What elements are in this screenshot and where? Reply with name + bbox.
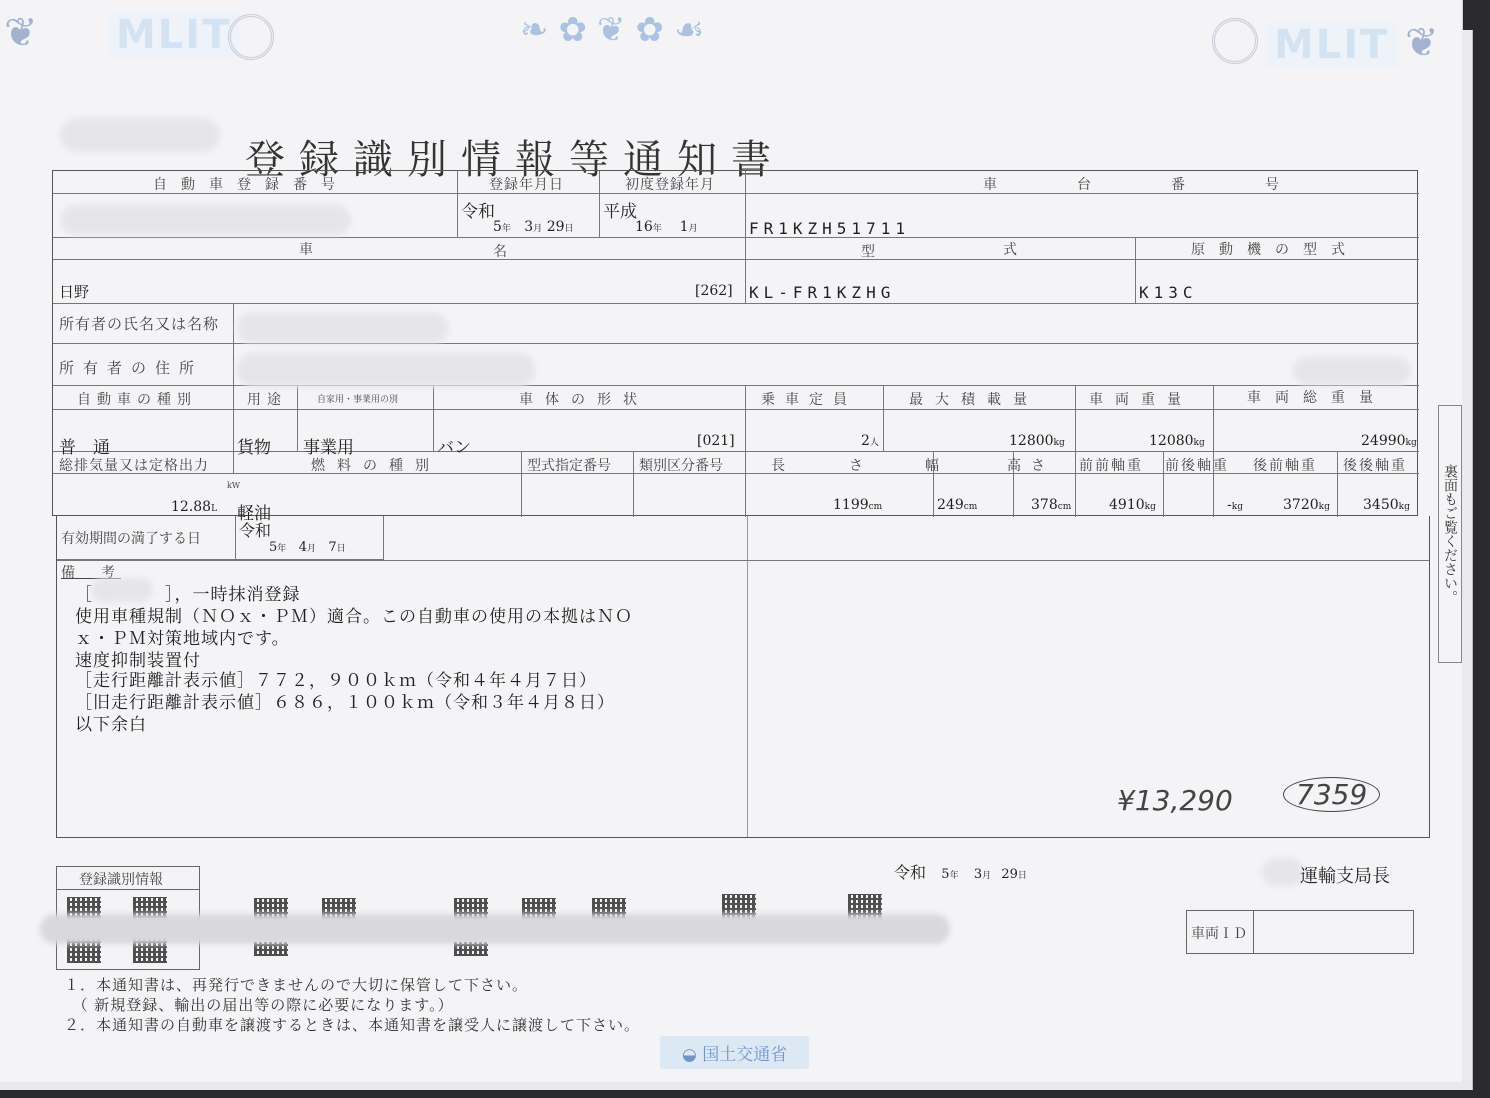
category-label: 自動車の種別 (77, 389, 197, 409)
see-reverse-note: 裏面もご覧ください。 (1438, 405, 1462, 663)
footnote-1: １．本通知書は、再発行できませんので大切に保管して下さい。 (64, 974, 528, 995)
gross-weight-label: 車両総重量 (1247, 387, 1387, 407)
issue-date: 令和 5年 3月 29日 (894, 860, 1027, 883)
width-value: 249cm (937, 497, 977, 513)
vehicle-id-label: 車両ＩＤ (1191, 923, 1247, 943)
paper-stack-edge (0, 1082, 1470, 1090)
axle-fr-value: -kg (1227, 497, 1243, 513)
max-load-value: 12800kg (1009, 433, 1065, 449)
reg-date-label: 登録年月日 (489, 174, 564, 194)
redacted-qr-strip (40, 914, 950, 944)
owner-name-label: 所有者の氏名又は名称 (59, 313, 219, 334)
reg-date-value: 5年 3月 29日 (493, 219, 574, 235)
body-shape-code: [021] (697, 433, 735, 449)
axle-rr-label: 後後軸重 (1343, 455, 1407, 475)
displacement-unit-kw: kW (227, 481, 240, 490)
redacted-owner-name (237, 313, 449, 343)
length-label: 長 (771, 455, 791, 475)
use-label: 用途 (247, 389, 287, 409)
first-reg-value: 16年 1月 (635, 219, 698, 235)
reg-date-era: 令和 (461, 197, 495, 222)
mlit-emblem-icon (1212, 18, 1258, 64)
chassis-label: 車台番号 (983, 174, 1359, 194)
mlit-drop-icon: ◒ (682, 1045, 702, 1065)
first-reg-era: 平成 (603, 197, 637, 222)
redacted-owner-address (237, 353, 535, 387)
handwritten-number: 7359 (1283, 778, 1380, 811)
gross-weight-value: 24990kg (1361, 433, 1417, 449)
redacted-area (60, 118, 220, 152)
width-label: 幅 (925, 455, 945, 475)
use-value: 貨物 (237, 433, 271, 458)
length-label-2: さ (849, 455, 869, 475)
axle-rf-label: 後前軸重 (1253, 455, 1317, 475)
axle-rf-value: 3720kg (1283, 497, 1330, 513)
vehicle-name-label: 車 (299, 239, 319, 259)
body-shape-label: 車体の形状 (519, 389, 649, 409)
displacement-value: 12.88L (171, 499, 217, 515)
redacted-owner-address-2 (1293, 357, 1411, 385)
engine-label: 原動機の型式 (1191, 239, 1359, 259)
issuer-title: 運輸支局長 (1300, 862, 1390, 888)
displacement-label: 総排気量又は定格出力 (59, 455, 209, 475)
reg-number-label: 自動車登録番号 (153, 174, 349, 194)
remarks-line: 以下余白 (75, 710, 147, 735)
footnote-2: ２．本通知書の自動車を譲渡するときは、本通知書を譲受人に譲渡して下さい。 (64, 1014, 640, 1035)
capacity-label: 乗車定員 (761, 389, 857, 409)
type-designation-label: 型式指定番号 (527, 455, 611, 475)
height-value: 378cm (1031, 497, 1071, 513)
fuel-label: 燃料の種別 (311, 455, 441, 475)
certificate-paper: ❦ ❦ ❧✿❦✿☙ MLIT MLIT 登録識別情報等通知書 (0, 0, 1463, 1088)
vehicle-id-box: 車両ＩＤ (1186, 910, 1414, 954)
corner-ornament-icon: ❦ (1405, 20, 1439, 66)
axle-fr-label: 前後軸重 (1165, 455, 1229, 475)
handwritten-price: ¥13,290 (1117, 784, 1233, 817)
corner-ornament-icon: ❦ (4, 10, 38, 56)
redacted-issuer (1262, 858, 1304, 886)
reg-info-label: 登録識別情報 (79, 869, 163, 889)
qr-code-icon (254, 942, 288, 956)
vehicle-name-label-2: 名 (493, 241, 513, 261)
footnote-1-sub: （ 新規登録、輸出の届出等の際に必要になります。） (64, 994, 454, 1015)
model-value: KL-FR1KZHG (749, 283, 895, 302)
height-label: 高さ (1007, 455, 1055, 475)
classification-label: 類別区分番号 (639, 455, 723, 475)
header-scroll-ornament-icon: ❧✿❦✿☙ (520, 10, 714, 50)
model-label: 型 (861, 241, 881, 261)
remarks-line: ［旧走行距離計表示値］６８６，１００ｋｍ（令和３年４月８日） (75, 688, 615, 713)
axle-ff-value: 4910kg (1109, 497, 1156, 513)
model-label-2: 式 (1003, 239, 1023, 259)
first-reg-label: 初度登録年月 (625, 174, 715, 194)
vehicle-weight-label: 車両重量 (1089, 389, 1193, 409)
registration-table: 自動車登録番号 登録年月日 令和 5年 3月 29日 初度登録年月 平成 16年… (52, 170, 1418, 516)
vehicle-weight-value: 12080kg (1149, 433, 1205, 449)
ministry-footer-logo: ◒ 国土交通省 (660, 1036, 809, 1069)
mlit-logo: MLIT (108, 12, 239, 58)
mlit-emblem-icon (228, 14, 274, 60)
capacity-value: 2人 (861, 433, 879, 449)
remarks-section: 備 考 ［ ］，一時抹消登録 使用車種規制（ＮＯｘ・ＰＭ）適合。この自動車の使用… (56, 516, 1430, 838)
chassis-value: FR1KZH51711 (749, 219, 910, 238)
owner-address-label: 所有者の住所 (59, 357, 203, 378)
axle-rr-value: 3450kg (1363, 497, 1410, 513)
length-value: 1199cm (833, 497, 882, 513)
vehicle-name-value: 日野 (59, 281, 89, 302)
engine-value: K13C (1139, 283, 1198, 302)
mlit-logo: MLIT (1266, 22, 1397, 68)
paper-stack-edge (1462, 30, 1473, 1090)
vehicle-name-code: [262] (695, 283, 733, 299)
axle-ff-label: 前前軸重 (1079, 455, 1143, 475)
qr-code-icon (454, 942, 488, 956)
max-load-label: 最大積載量 (909, 389, 1039, 409)
body-shape-value: バン (437, 433, 471, 458)
redacted-remark (91, 578, 153, 602)
private-business-label: 自家用・事業用の別 (317, 392, 398, 405)
redacted-reg-number (61, 205, 351, 235)
